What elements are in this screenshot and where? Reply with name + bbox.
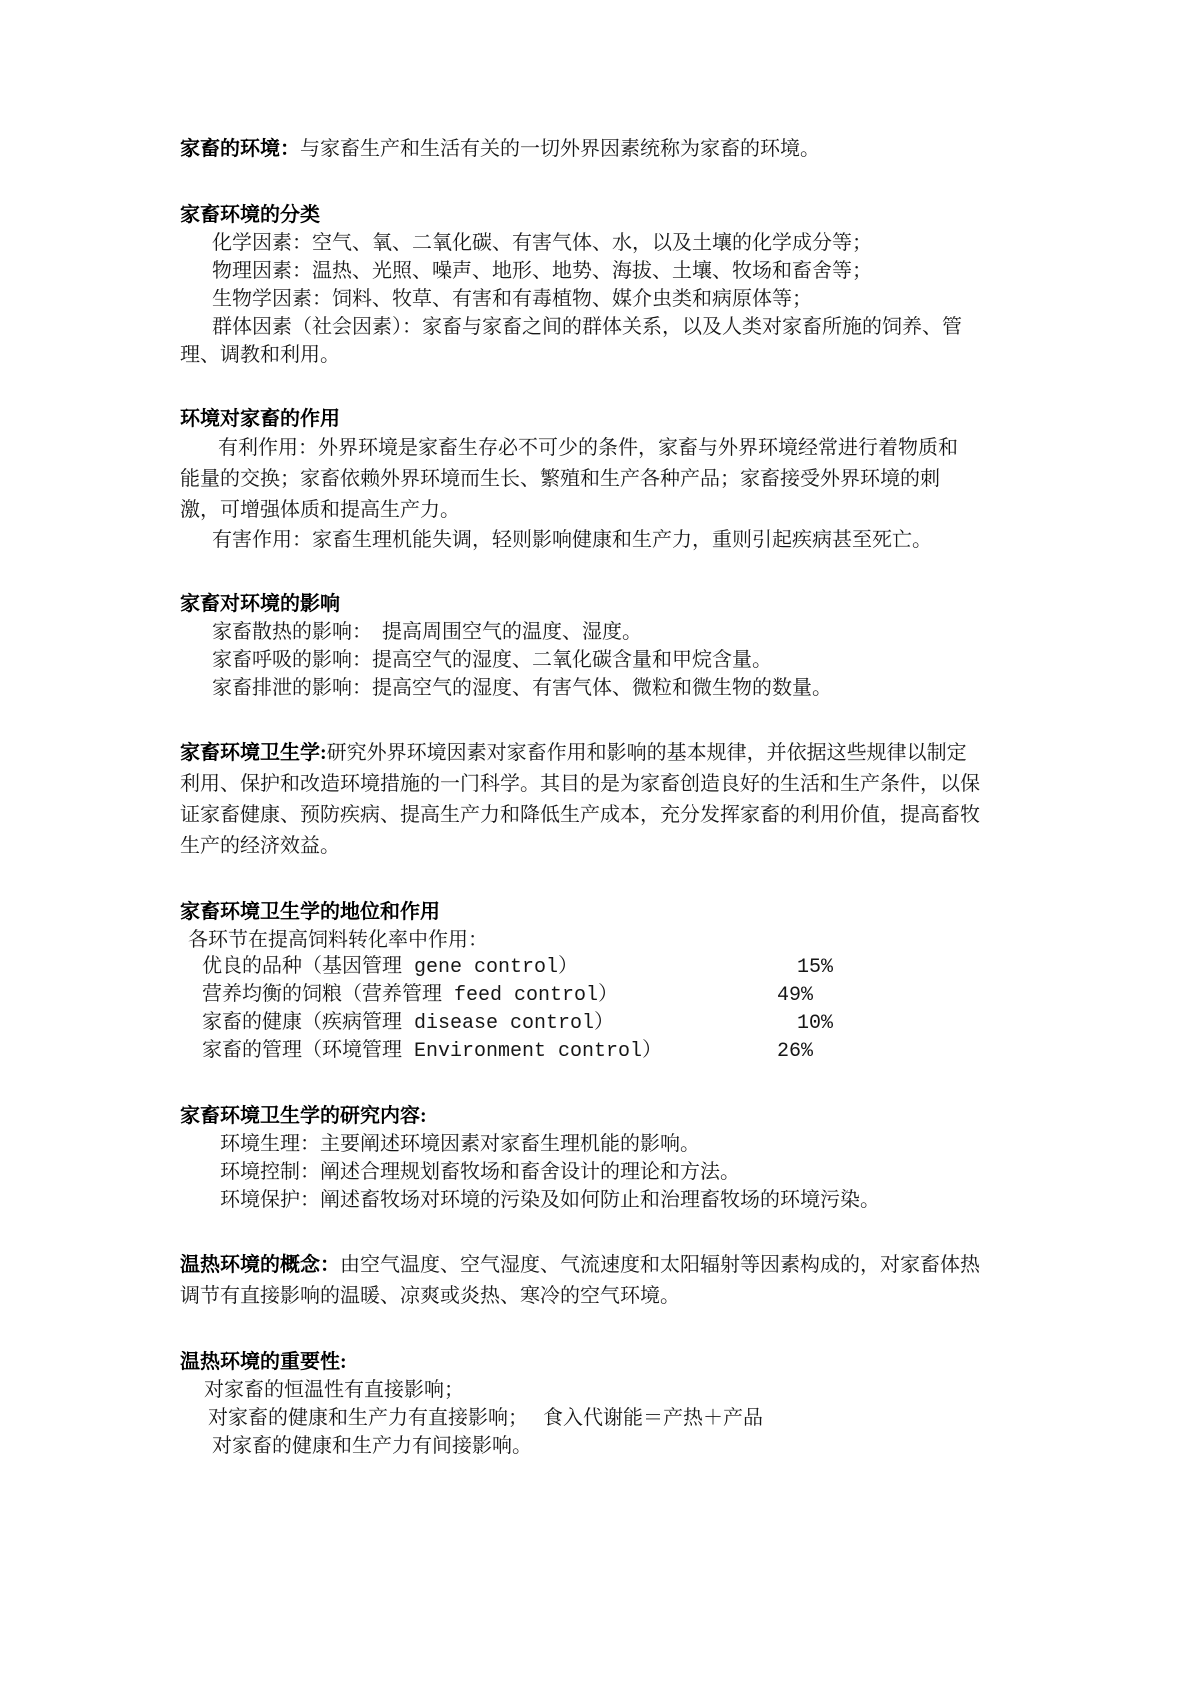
row-percentage: 15%	[797, 954, 833, 982]
heading-thermal-importance: 温热环境的重要性:	[180, 1348, 1040, 1376]
paragraph-thermal-concept: 温热环境的概念：由空气温度、空气湿度、气流速度和太阳辐射等因素构成的，对家畜体热…	[180, 1250, 1040, 1312]
term-livestock-environment: 家畜的环境：	[180, 138, 300, 160]
section-thermal-environment-importance: 温热环境的重要性: 对家畜的恒温性有直接影响； 对家畜的健康和生产力有直接影响；…	[180, 1348, 1040, 1460]
item-excretion-effect: 家畜排泄的影响：提高空气的湿度、有害气体、微粒和微生物的数量。	[180, 674, 1040, 702]
section-livestock-effects-on-environment: 家畜对环境的影响 家畜散热的影响： 提高周围空气的温度、湿度。 家畜呼吸的影响：…	[180, 590, 1040, 702]
section-livestock-environment-definition: 家畜的环境：与家畜生产和生活有关的一切外界因素统称为家畜的环境。	[180, 134, 1040, 165]
item-physical-factors: 物理因素：温热、光照、噪声、地形、地势、海拔、土壤、牧场和畜舍等；	[180, 257, 1040, 285]
term-thermal-environment: 温热环境的概念：	[180, 1254, 340, 1276]
item-environmental-control: 环境控制：阐述合理规划畜牧场和畜舍设计的理论和方法。	[180, 1158, 1040, 1186]
row-label: 家畜的健康（疾病管理 disease control）	[202, 1012, 614, 1035]
section-hygiene-research-content: 家畜环境卫生学的研究内容: 环境生理：主要阐述环境因素对家畜生理机能的影响。 环…	[180, 1102, 1040, 1214]
document-page: 家畜的环境：与家畜生产和生活有关的一切外界因素统称为家畜的环境。 家畜环境的分类…	[180, 134, 1040, 1460]
item-beneficial-effect: 有利作用：外界环境是家畜生存必不可少的条件，家畜与外界环境经常进行着物质和 能量…	[180, 433, 1040, 526]
term-environmental-hygiene: 家畜环境卫生学:	[180, 742, 327, 764]
item-respiration-effect: 家畜呼吸的影响：提高空气的湿度、二氧化碳含量和甲烷含量。	[180, 646, 1040, 674]
row-label: 家畜的管理（环境管理 Environment control）	[202, 1040, 662, 1063]
section-environment-classification: 家畜环境的分类 化学因素：空气、氧、二氧化碳、有害气体、水，以及土壤的化学成分等…	[180, 201, 1040, 369]
item-harmful-effect: 有害作用：家畜生理机能失调，轻则影响健康和生产力，重则引起疾病甚至死亡。	[180, 526, 1040, 554]
heading-environment-effects: 环境对家畜的作用	[180, 405, 1040, 433]
definition-text: 与家畜生产和生活有关的一切外界因素统称为家畜的环境。	[300, 138, 820, 160]
heading-research-content: 家畜环境卫生学的研究内容:	[180, 1102, 1040, 1130]
item-environmental-physiology: 环境生理：主要阐述环境因素对家畜生理机能的影响。	[180, 1130, 1040, 1158]
paragraph-hygiene-definition: 家畜环境卫生学:研究外界环境因素对家畜作用和影响的基本规律，并依据这些规律以制定…	[180, 738, 1040, 862]
item-biological-factors: 生物学因素：饲料、牧草、有害和有毒植物、媒介虫类和病原体等；	[180, 285, 1040, 313]
row-disease-control: 家畜的健康（疾病管理 disease control）10%	[180, 1010, 1040, 1038]
section-environmental-hygiene-definition: 家畜环境卫生学:研究外界环境因素对家畜作用和影响的基本规律，并依据这些规律以制定…	[180, 738, 1040, 862]
heading-hygiene-role: 家畜环境卫生学的地位和作用	[180, 898, 1040, 926]
row-percentage: 49%	[777, 982, 813, 1010]
row-gene-control: 优良的品种（基因管理 gene control）15%	[180, 954, 1040, 982]
section-thermal-environment-concept: 温热环境的概念：由空气温度、空气湿度、气流速度和太阳辐射等因素构成的，对家畜体热…	[180, 1250, 1040, 1312]
heading-environment-classification: 家畜环境的分类	[180, 201, 1040, 229]
item-group-factors: 群体因素（社会因素）：家畜与家畜之间的群体关系，以及人类对家畜所施的饲养、管 理…	[180, 313, 1040, 369]
item-chemical-factors: 化学因素：空气、氧、二氧化碳、有害气体、水，以及土壤的化学成分等；	[180, 229, 1040, 257]
item-health-direct-effect: 对家畜的健康和生产力有直接影响； 食入代谢能＝产热＋产品	[180, 1404, 1040, 1432]
row-label: 营养均衡的饲粮（营养管理 feed control）	[202, 984, 618, 1007]
row-percentage: 26%	[777, 1038, 813, 1066]
intro-feed-conversion: 各环节在提高饲料转化率中作用：	[180, 926, 1040, 954]
row-percentage: 10%	[797, 1010, 833, 1038]
paragraph-definition: 家畜的环境：与家畜生产和生活有关的一切外界因素统称为家畜的环境。	[180, 134, 1040, 165]
item-homeothermy-direct-effect: 对家畜的恒温性有直接影响；	[180, 1376, 1040, 1404]
section-hygiene-role: 家畜环境卫生学的地位和作用 各环节在提高饲料转化率中作用： 优良的品种（基因管理…	[180, 898, 1040, 1066]
item-heat-dissipation-effect: 家畜散热的影响： 提高周围空气的温度、湿度。	[180, 618, 1040, 646]
item-health-indirect-effect: 对家畜的健康和生产力有间接影响。	[180, 1432, 1040, 1460]
item-environmental-protection: 环境保护：阐述畜牧场对环境的污染及如何防止和治理畜牧场的环境污染。	[180, 1186, 1040, 1214]
section-environment-effects-on-livestock: 环境对家畜的作用 有利作用：外界环境是家畜生存必不可少的条件，家畜与外界环境经常…	[180, 405, 1040, 554]
heading-livestock-effects: 家畜对环境的影响	[180, 590, 1040, 618]
row-environment-control: 家畜的管理（环境管理 Environment control）26%	[180, 1038, 1040, 1066]
row-label: 优良的品种（基因管理 gene control）	[202, 956, 578, 979]
row-feed-control: 营养均衡的饲粮（营养管理 feed control）49%	[180, 982, 1040, 1010]
